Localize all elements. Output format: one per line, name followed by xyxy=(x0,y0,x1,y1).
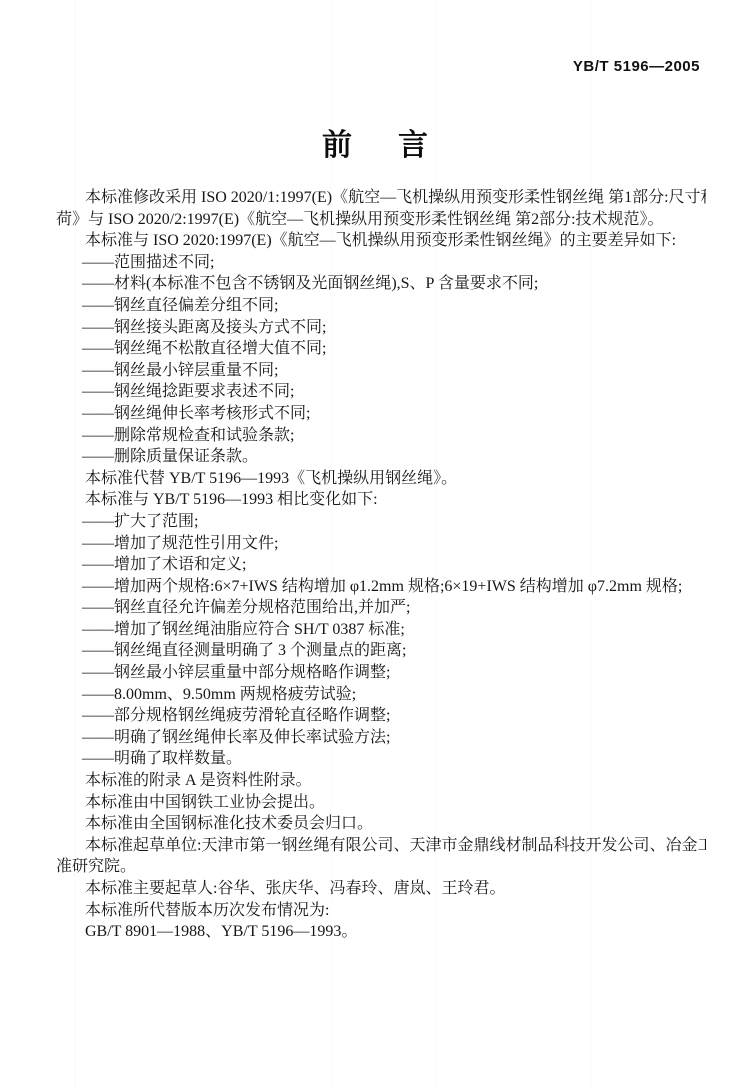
body-line: 本标准由中国钢铁工业协会提出。 xyxy=(56,792,706,814)
body-line: ——材料(本标准不包含不锈钢及光面钢丝绳),S、P 含量要求不同; xyxy=(56,273,706,295)
body-line: ——增加了钢丝绳油脂应符合 SH/T 0387 标准; xyxy=(56,619,706,641)
body-line: ——明确了取样数量。 xyxy=(56,748,706,770)
body-line: ——钢丝直径允许偏差分规格范围给出,并加严; xyxy=(56,597,706,619)
body-line: 本标准主要起草人:谷华、张庆华、冯春玲、唐岚、王玲君。 xyxy=(56,878,706,900)
body-line: ——钢丝直径偏差分组不同; xyxy=(56,295,706,317)
body-line: ——钢丝绳伸长率考核形式不同; xyxy=(56,403,706,425)
body-line: 本标准与 ISO 2020:1997(E)《航空—飞机操纵用预变形柔性钢丝绳》的… xyxy=(56,230,706,252)
body-line: GB/T 8901—1988、YB/T 5196—1993。 xyxy=(56,921,706,943)
body-line: ——明确了钢丝绳伸长率及伸长率试验方法; xyxy=(56,727,706,749)
body-line: 本标准与 YB/T 5196—1993 相比变化如下: xyxy=(56,489,706,511)
body-line: ——范围描述不同; xyxy=(56,252,706,274)
body-line: ——钢丝接头距离及接头方式不同; xyxy=(56,317,706,339)
foreword-body: 本标准修改采用 ISO 2020/1:1997(E)《航空—飞机操纵用预变形柔性… xyxy=(56,187,706,943)
body-line: 本标准起草单位:天津市第一钢丝绳有限公司、天津市金鼎线材制品科技开发公司、冶金工… xyxy=(56,835,706,857)
body-line: 本标准代替 YB/T 5196—1993《飞机操纵用钢丝绳》。 xyxy=(56,468,706,490)
body-line: ——扩大了范围; xyxy=(56,511,706,533)
page-title-char-2: 言 xyxy=(398,120,428,164)
body-line: ——钢丝最小锌层重量中部分规格略作调整; xyxy=(56,662,706,684)
body-line: ——部分规格钢丝绳疲劳滑轮直径略作调整; xyxy=(56,705,706,727)
body-line: ——8.00mm、9.50mm 两规格疲劳试验; xyxy=(56,684,706,706)
standard-code: YB/T 5196—2005 xyxy=(573,58,700,75)
body-line: 本标准修改采用 ISO 2020/1:1997(E)《航空—飞机操纵用预变形柔性… xyxy=(56,187,706,209)
body-line: ——钢丝绳直径测量明确了 3 个测量点的距离; xyxy=(56,640,706,662)
body-line: ——增加了术语和定义; xyxy=(56,554,706,576)
page-title-char-1: 前 xyxy=(322,120,352,164)
body-line: 荷》与 ISO 2020/2:1997(E)《航空—飞机操纵用预变形柔性钢丝绳 … xyxy=(56,209,706,231)
body-line: ——删除常规检查和试验条款; xyxy=(56,425,706,447)
body-line: ——钢丝绳不松散直径增大值不同; xyxy=(56,338,706,360)
body-line: ——删除质量保证条款。 xyxy=(56,446,706,468)
body-line: ——增加两个规格:6×7+IWS 结构增加 φ1.2mm 规格;6×19+IWS… xyxy=(56,576,706,598)
page-title: 前 言 xyxy=(0,120,750,164)
body-line: 本标准所代替版本历次发布情况为: xyxy=(56,900,706,922)
body-line: 本标准的附录 A 是资料性附录。 xyxy=(56,770,706,792)
body-line: ——钢丝绳捻距要求表述不同; xyxy=(56,381,706,403)
body-line: 本标准由全国钢标准化技术委员会归口。 xyxy=(56,813,706,835)
body-line: ——钢丝最小锌层重量不同; xyxy=(56,360,706,382)
document-page: { "document": { "header_code": "YB/T 519… xyxy=(0,0,750,1088)
body-line: ——增加了规范性引用文件; xyxy=(56,533,706,555)
body-line: 准研究院。 xyxy=(56,856,706,878)
